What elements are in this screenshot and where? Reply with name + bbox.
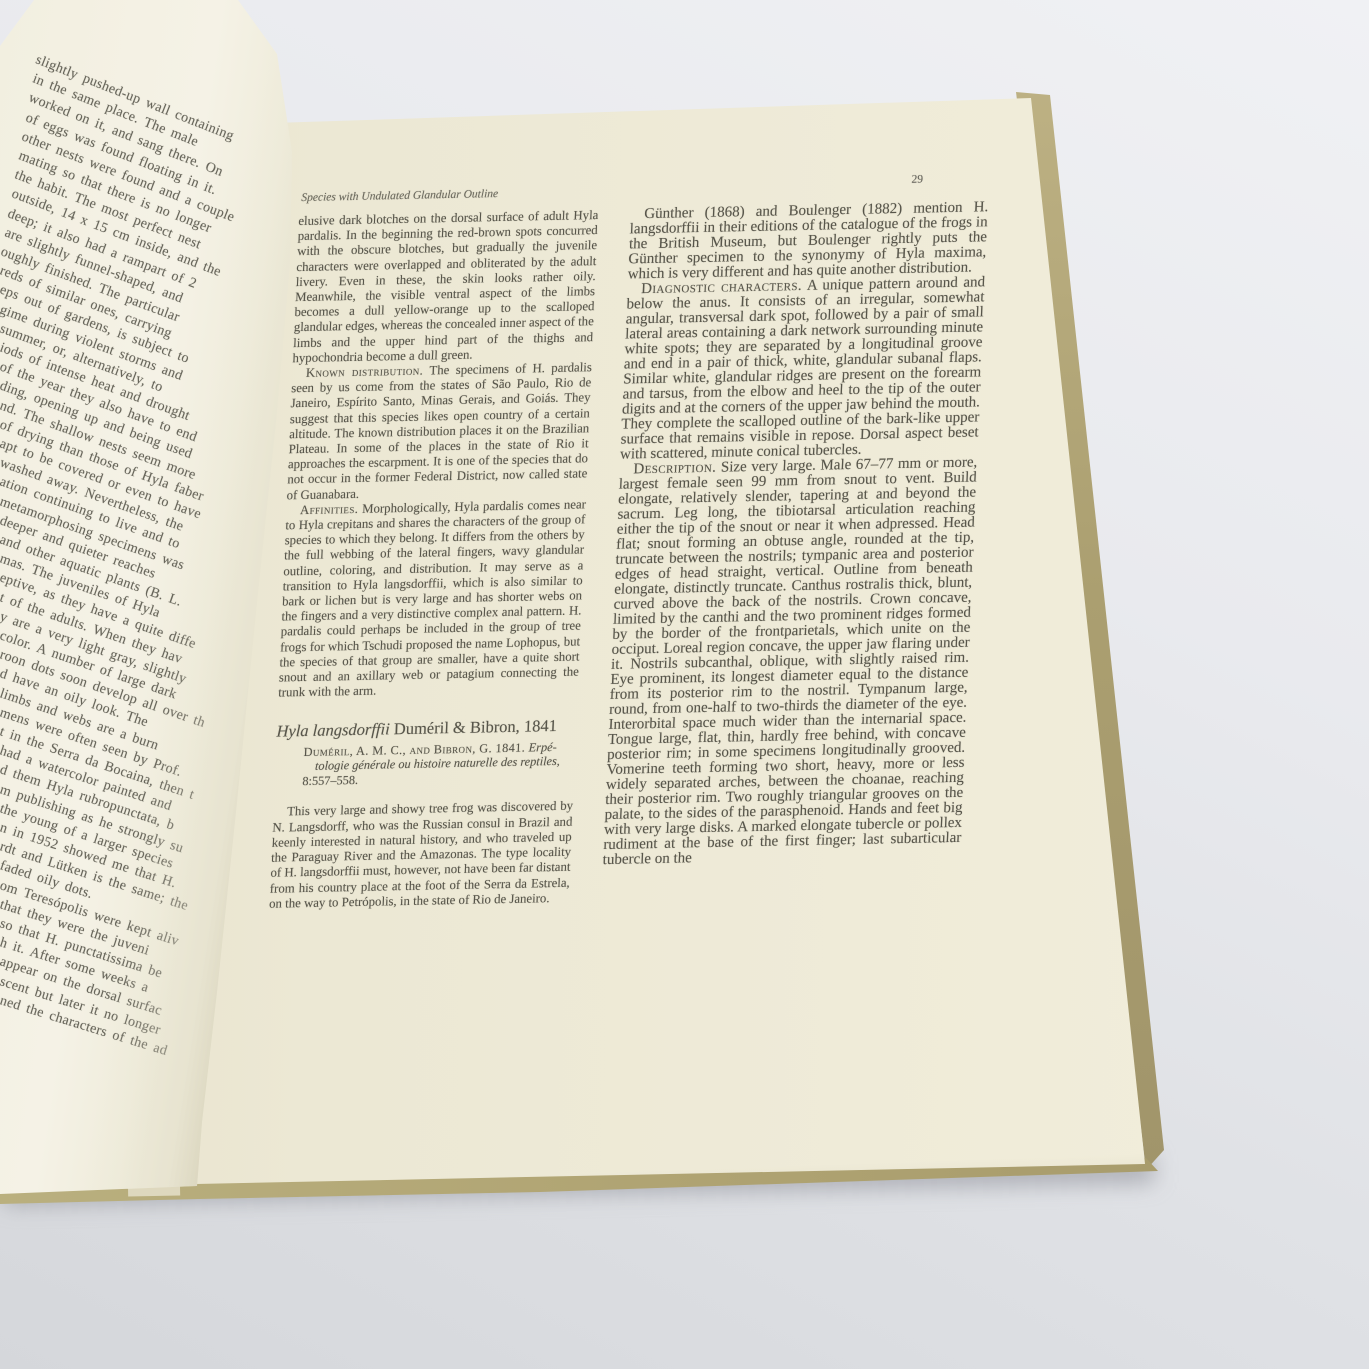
column-right: Günther (1868) and Boulenger (1882) ment… xyxy=(601,200,989,905)
page-number: 29 xyxy=(911,173,923,185)
paragraph-continuation: elusive dark blotches on the dorsal surf… xyxy=(292,208,598,366)
section-text: A unique pattern around and below the an… xyxy=(620,274,986,462)
citation: Duméril, A. M. C., and Bibron, G. 1841. … xyxy=(302,739,576,788)
section-text: Morphologically, Hyla pardalis comes nea… xyxy=(278,497,586,700)
species-authority: Duméril & Bibron, 1841 xyxy=(389,715,557,737)
book-photo: Species with Undulated Glandular Outline… xyxy=(0,0,1369,1369)
paragraph-affinities: Affinities. Morphologically, Hyla pardal… xyxy=(278,497,586,701)
section-text: Size very large. Male 67–77 mm or more, … xyxy=(602,454,977,868)
section-lead: Affinities. xyxy=(300,502,359,517)
paragraph-diagnostic: Diagnostic characters. A unique pattern … xyxy=(620,275,986,462)
column-left: elusive dark blotches on the dorsal surf… xyxy=(269,208,599,912)
species-name-italic: Hyla langsdorffii xyxy=(276,719,390,740)
species-heading: Hyla langsdorffii Duméril & Bibron, 1841 xyxy=(276,717,577,738)
right-page-content: Species with Undulated Glandular Outline… xyxy=(269,170,1000,912)
paragraph-gunther: Günther (1868) and Boulenger (1882) ment… xyxy=(627,200,988,282)
text-columns: elusive dark blotches on the dorsal surf… xyxy=(269,170,1000,912)
section-text: The specimens of H. pardalis seen by us … xyxy=(286,360,592,502)
citation-title-start: Erpé- xyxy=(528,740,557,755)
paragraph-known-distribution: Known distribution. The specimens of H. … xyxy=(286,360,592,503)
paragraph-discovery: This very large and showy tree frog was … xyxy=(269,799,573,912)
paragraph-description: Description. Size very large. Male 67–77… xyxy=(602,455,977,868)
section-lead: Known distribution. xyxy=(306,364,424,380)
